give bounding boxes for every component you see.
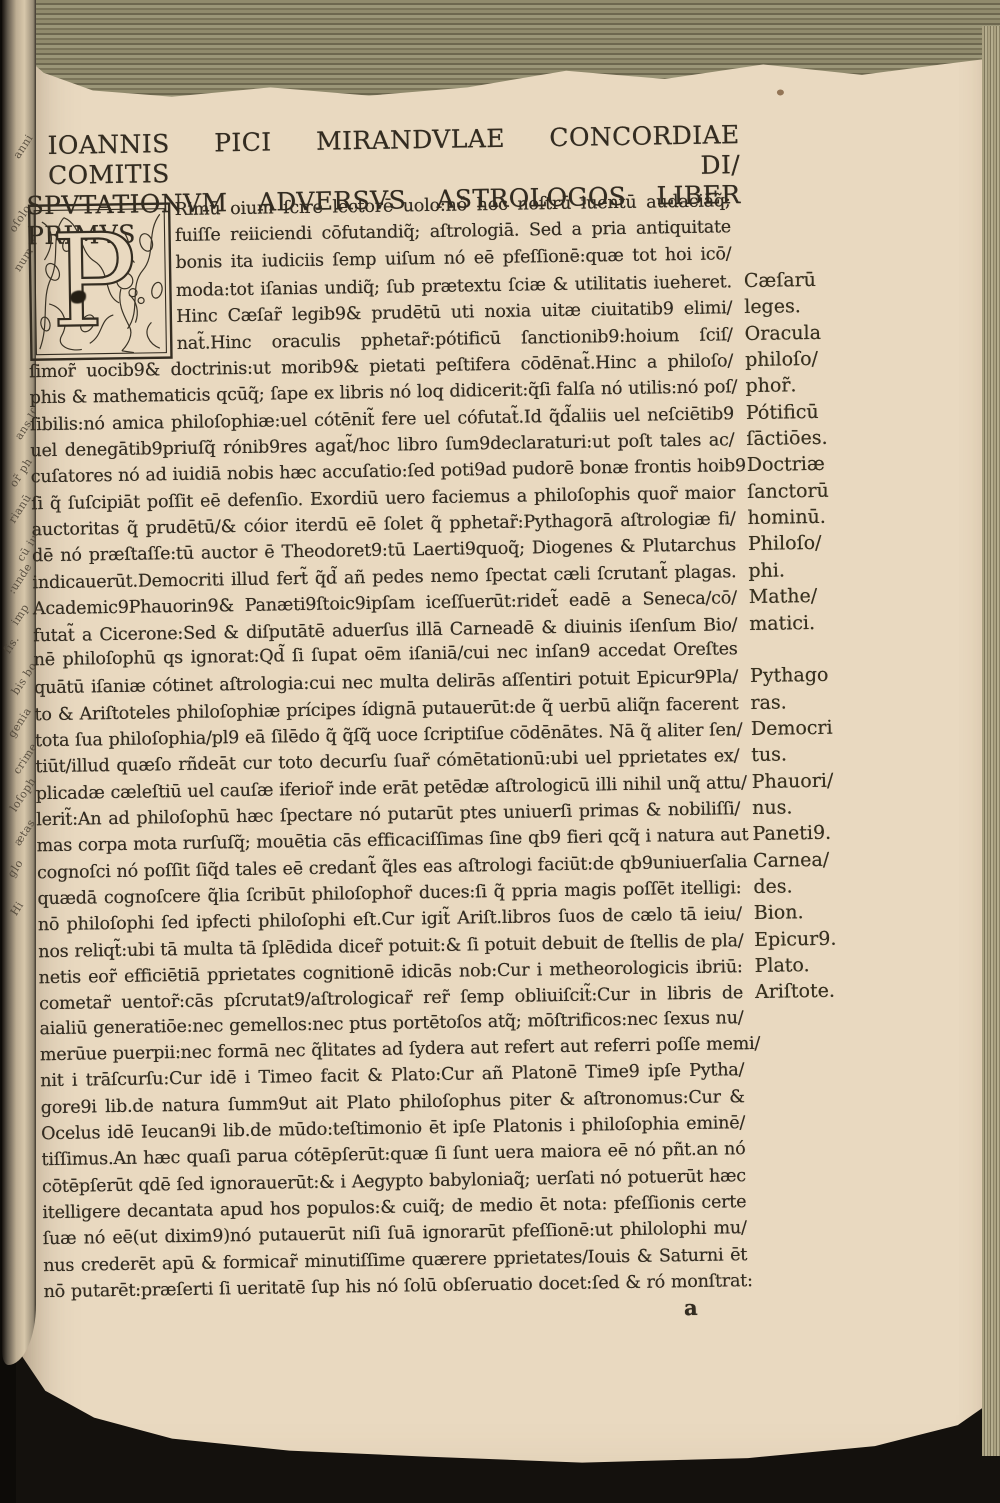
margin-note: des. — [741, 874, 871, 898]
facing-page-text-fragment: imp — [9, 602, 32, 628]
facing-page-text-fragment: :unde — [5, 561, 34, 597]
margin-note — [746, 1179, 876, 1181]
body-text: Rimū oium ſcire lectorē uolo:nó hoc noſt… — [27, 189, 884, 1308]
margin-note: hominū. — [735, 505, 865, 529]
margin-note — [746, 1152, 876, 1154]
facing-page-text-fragment: loſoph — [7, 775, 36, 814]
facing-page-text-fragment: crime — [10, 741, 36, 777]
margin-note — [744, 1047, 874, 1049]
margin-note: Cæſarū — [732, 268, 862, 292]
margin-note — [746, 1205, 876, 1207]
margin-note: tus. — [739, 742, 869, 766]
margin-note: Pythago — [738, 663, 868, 687]
margin-note — [747, 1231, 877, 1233]
margin-note — [745, 1126, 875, 1128]
margin-note: matici. — [737, 611, 867, 635]
margin-note — [731, 231, 861, 233]
margin-note: Plato. — [742, 953, 872, 977]
margin-note — [744, 1073, 874, 1075]
book-fore-edge — [982, 26, 1000, 1456]
facing-page-text-fragment: ætas — [11, 817, 36, 848]
margin-note: Paneti9. — [740, 821, 870, 845]
margin-note: ras. — [738, 690, 868, 714]
margin-note: ſanctorū — [735, 479, 865, 503]
margin-note: Mathe/ — [737, 584, 867, 608]
margin-note — [732, 257, 862, 259]
signature-mark: a — [684, 1295, 698, 1320]
margin-note: phor̃. — [733, 374, 863, 398]
printed-content: IOANNIS PICI MIRANDVLAE CONCORDIAE COMIT… — [23, 0, 885, 1405]
margin-note: philoſo/ — [733, 347, 863, 371]
margin-note — [744, 1021, 874, 1023]
margin-note: Democri — [739, 716, 869, 740]
margin-note — [745, 1100, 875, 1102]
margin-note — [748, 1284, 878, 1286]
margin-note: Phauori/ — [740, 769, 870, 793]
margin-note: Doctriæ — [735, 453, 865, 477]
margin-note: Epicur9. — [742, 927, 872, 951]
margin-note: phi. — [736, 558, 866, 582]
facing-page-text-fragment: ſis. — [2, 633, 22, 656]
paper-stain — [777, 89, 784, 95]
margin-note — [738, 652, 868, 654]
facing-page-text-fragment: glo — [5, 857, 26, 880]
facing-page-text-fragment: rianū — [6, 492, 34, 526]
margin-note — [747, 1258, 877, 1260]
facing-page-text-fragment: genia — [5, 705, 34, 740]
margin-note: Bion. — [742, 900, 872, 924]
facing-page-text-fragment: bis bo — [9, 660, 36, 698]
margin-note: Pótificū — [734, 400, 864, 424]
facing-page-text-fragment: Hi — [8, 899, 27, 918]
margin-note: ſāctiōes. — [734, 426, 864, 450]
margin-note: Philoſo/ — [736, 532, 866, 556]
margin-note: Carnea/ — [741, 848, 871, 872]
heading-line-1: IOANNIS PICI MIRANDVLAE CONCORDIAE COMIT… — [47, 120, 740, 191]
margin-note: Ariſtote. — [743, 979, 873, 1003]
margin-note: nus. — [740, 795, 870, 819]
margin-note — [731, 204, 861, 206]
margin-note: leges. — [732, 295, 862, 319]
margin-note: Oracula — [733, 321, 863, 345]
